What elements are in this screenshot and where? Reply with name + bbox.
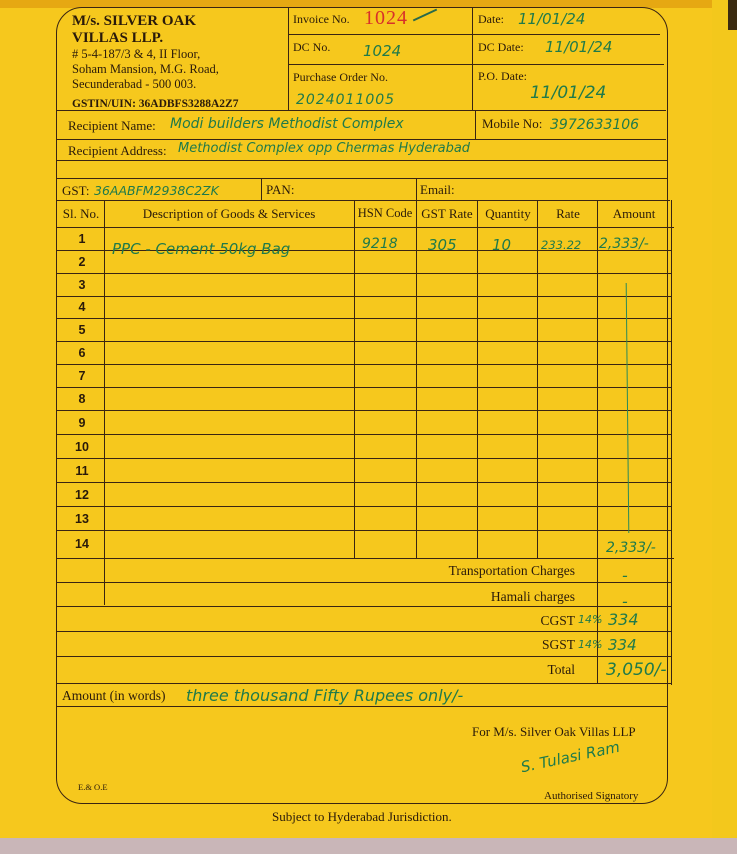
row-sl-11: 11 [60, 464, 104, 478]
row-sl-10: 10 [60, 440, 104, 454]
total-value: 3,050/- [606, 660, 676, 680]
row1-gst-rate: 305 [428, 236, 457, 254]
recipient-address-value: Methodist Complex opp Chermas Hyderabad [178, 141, 470, 156]
gst-value: 36AABFM2938C2ZK [94, 183, 219, 198]
paper-right-margin [712, 0, 737, 838]
dc-no-value: 1024 [363, 42, 401, 60]
row1-amount: 2,333/- [599, 236, 649, 252]
row-sl-5: 5 [60, 323, 104, 337]
invoice-no-value: 1024 [364, 7, 408, 30]
row-sl-4: 4 [60, 300, 104, 314]
row-sl-1: 1 [60, 232, 104, 246]
for-company-label: For M/s. Silver Oak Villas LLP [472, 724, 636, 740]
row-sl-14: 14 [60, 537, 104, 551]
col-header-gst-rate: GST Rate [417, 206, 477, 222]
company-gstin: GSTIN/UIN: 36ADBFS3288A2Z7 [72, 98, 287, 110]
cgst-value: 334 [608, 610, 678, 629]
jurisdiction-note: Subject to Hyderabad Jurisdiction. [272, 809, 452, 825]
hamali-value: - [622, 592, 692, 611]
col-header-quantity: Quantity [478, 206, 538, 222]
cgst-rate: 14% [578, 613, 602, 626]
sgst-rate: 14% [578, 638, 602, 651]
row1-hsn: 9218 [362, 236, 398, 252]
recipient-address-label: Recipient Address: [68, 143, 167, 159]
col-header-rate: Rate [538, 206, 598, 222]
po-no-value: 2024011005 [296, 92, 395, 108]
row-sl-8: 8 [60, 392, 104, 406]
row1-rate: 233.22 [541, 238, 581, 252]
row-sl-13: 13 [60, 512, 104, 526]
po-no-label: Purchase Order No. [293, 70, 388, 85]
col-header-description: Description of Goods & Services [104, 206, 354, 222]
dc-date-value: 11/01/24 [545, 38, 612, 56]
mobile-value: 3972633106 [550, 117, 639, 133]
row1-description: PPC - Cement 50kg Bag [112, 240, 290, 258]
background-corner [728, 0, 737, 30]
dc-no-label: DC No. [293, 40, 330, 55]
col-header-hsn: HSN Code [354, 206, 416, 221]
company-address-line3: Secunderabad - 500 003. [72, 77, 287, 92]
company-name-line2: VILLAS LLP. [72, 30, 287, 47]
total-label: Total [480, 662, 575, 678]
row-sl-3: 3 [60, 278, 104, 292]
recipient-name-label: Recipient Name: [68, 118, 156, 134]
subtotal-amount: 2,333/- [606, 540, 656, 556]
gst-label: GST: [62, 183, 90, 199]
dc-date-label: DC Date: [478, 40, 524, 55]
company-address-line1: # 5-4-187/3 & 4, II Floor, [72, 47, 287, 62]
date-value: 11/01/24 [518, 10, 585, 28]
company-address-line2: Soham Mansion, M.G. Road, [72, 62, 287, 77]
row-sl-2: 2 [60, 255, 104, 269]
email-label: Email: [420, 182, 455, 198]
col-header-amount: Amount [598, 206, 670, 222]
company-block: M/s. SILVER OAK VILLAS LLP. # 5-4-187/3 … [72, 13, 287, 110]
date-label: Date: [478, 12, 504, 27]
po-date-label: P.O. Date: [478, 69, 527, 84]
sgst-value: 334 [608, 636, 678, 654]
invoice-no-label: Invoice No. [293, 12, 350, 27]
mobile-label: Mobile No: [482, 116, 542, 132]
cgst-label: CGST [480, 613, 575, 629]
sgst-label: SGST [480, 637, 575, 653]
row-sl-6: 6 [60, 346, 104, 360]
row-sl-9: 9 [60, 416, 104, 430]
transport-label: Transportation Charges [380, 563, 575, 579]
recipient-name-value: Modi builders Methodist Complex [170, 116, 404, 132]
row-sl-7: 7 [60, 369, 104, 383]
amount-words-label: Amount (in words) [62, 688, 166, 704]
amount-words-value: three thousand Fifty Rupees only/- [186, 686, 463, 705]
eoe-label: E.& O.E [78, 782, 108, 792]
row1-quantity: 10 [492, 236, 511, 254]
transport-value: - [622, 566, 692, 585]
row-sl-12: 12 [60, 488, 104, 502]
background-surface [0, 838, 737, 854]
col-header-sl: Sl. No. [58, 206, 104, 222]
pan-label: PAN: [266, 182, 294, 198]
hamali-label: Hamali charges [380, 589, 575, 605]
authorised-signatory-label: Authorised Signatory [544, 790, 638, 802]
company-name-line1: M/s. SILVER OAK [72, 13, 287, 30]
po-date-value: 11/01/24 [530, 83, 606, 103]
